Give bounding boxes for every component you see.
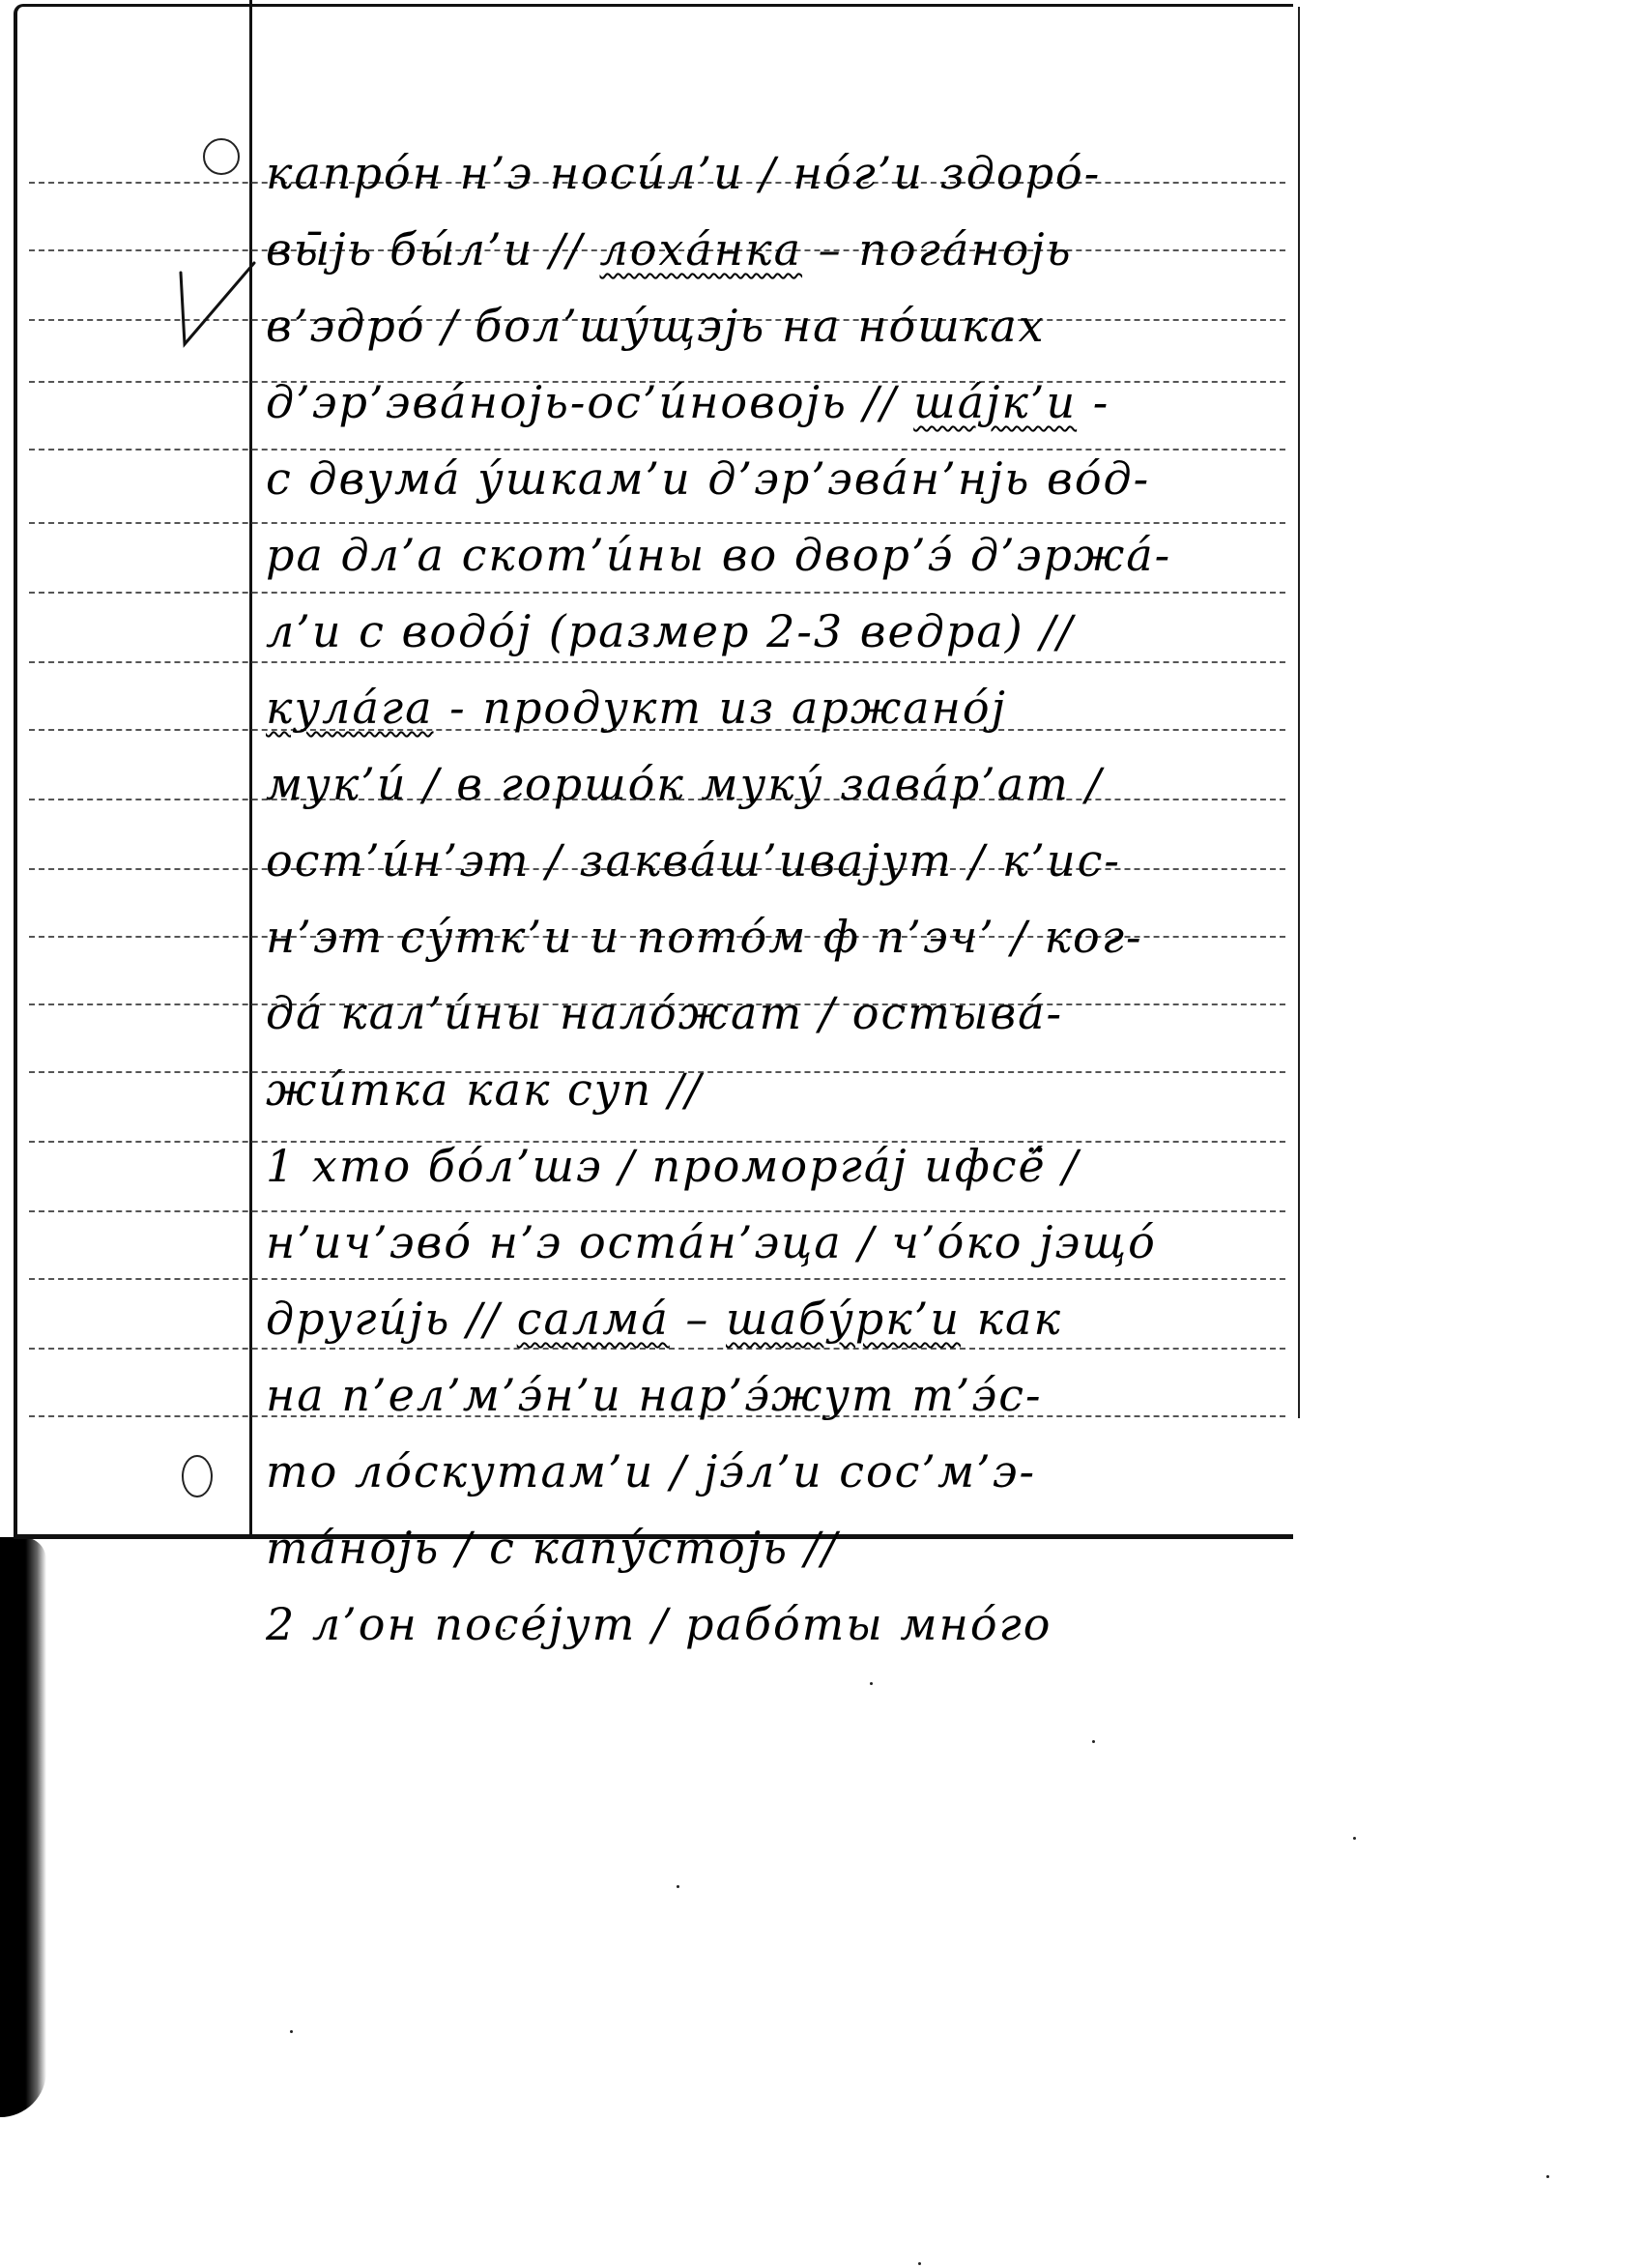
line-text: – пога́нојь [802, 223, 1073, 276]
margin-rule [249, 0, 252, 1537]
text-line-7: л’и с водо́ј (размер 2-3 ведра) // [266, 594, 1281, 670]
text-line-16: други́јь // салма́ – шабу́рк’и как [266, 1281, 1281, 1357]
text-line-12: да́ кал’и́ны нало́жат / остыва́- [266, 975, 1281, 1052]
line-text: 2 л’он посе́јут / рабо́ты мно́го [266, 1598, 1052, 1650]
text-line-6: ра дл’а скот’и́ны во двор’э́ д’эржа́- [266, 517, 1281, 594]
text-line-17: на п’ел’м’э́н’и нар’э́жут т’э́с- [266, 1357, 1281, 1434]
line-text: л’и с водо́ј (размер 2-3 ведра) // [266, 605, 1074, 657]
text-line-3: в’эдро́ / бол’шу́щэјь на но́шках [266, 288, 1281, 364]
line-text: ра дл’а скот’и́ны во двор’э́ д’эржа́- [266, 529, 1171, 581]
line-text: как [961, 1293, 1062, 1345]
line-text: жи́тка как суп // [266, 1063, 703, 1116]
line-text: - [1077, 376, 1110, 428]
checkmark-icon [179, 261, 256, 348]
line-text: н’ич’эво́ н’э оста́н’эца / ч’о́ко јэщо́ [266, 1216, 1157, 1268]
text-line-18: то ло́скутам’и / јэ́л’и сос’м’э- [266, 1434, 1281, 1510]
line-text: ост’и́н’эт / заква́ш’ивајут / к’ис- [266, 834, 1121, 887]
line-text: на п’ел’м’э́н’и нар’э́жут т’э́с- [266, 1369, 1043, 1421]
text-line-2: вы̄јь бы́л’и // лоха́нка – пога́нојь [266, 212, 1281, 288]
line-text: 1 хто бо́л’шэ / проморга́ј ифсё́ / [266, 1140, 1080, 1192]
line-text: н’эт су́тк’и и пото́м ф п’эч’ / ког- [266, 911, 1143, 963]
headword-lokhanka: лоха́нка [600, 223, 803, 276]
card-right-edge [1298, 7, 1300, 1418]
line-text: - продукт из аржано́ј [434, 682, 1007, 734]
line-text: други́јь // [266, 1293, 517, 1345]
scan-edge-shadow [0, 1537, 46, 2117]
text-line-1: капро́н н’э носи́л’и / но́г’и здоро́- [266, 135, 1281, 212]
text-line-20: 2 л’он посе́јут / рабо́ты мно́го [266, 1586, 1281, 1663]
line-text: та́нојь / с капу́стојь // [266, 1522, 839, 1574]
headword-shaburki: шабу́рк’и [726, 1293, 961, 1345]
line-text: вы̄јь бы́л’и // [266, 223, 600, 276]
text-line-13: жи́тка как суп // [266, 1052, 1281, 1128]
text-line-5: с двума́ у́шкам’и д’эр’эва́н’нјь во́д- [266, 441, 1281, 517]
text-line-4: д’эр’эва́нојь-ос’и́новојь // ша́јк’и - [266, 364, 1281, 441]
punch-hole-top [203, 138, 240, 175]
headword-salma: салма́ [517, 1293, 670, 1345]
text-line-8: кула́га - продукт из аржано́ј [266, 670, 1281, 746]
text-line-11: н’эт су́тк’и и пото́м ф п’эч’ / ког- [266, 899, 1281, 975]
line-text: мук’и́ / в горшо́к муку́ зава́р’ат / [266, 758, 1103, 810]
punch-hole-bottom [182, 1455, 213, 1497]
line-text: – [670, 1293, 726, 1345]
line-text: то ло́скутам’и / јэ́л’и сос’м’э- [266, 1445, 1036, 1497]
text-line-15: н’ич’эво́ н’э оста́н’эца / ч’о́ко јэщо́ [266, 1205, 1281, 1281]
line-text: с двума́ у́шкам’и д’эр’эва́н’нјь во́д- [266, 452, 1150, 505]
line-text: капро́н н’э носи́л’и / но́г’и здоро́- [266, 147, 1101, 199]
line-text: в’эдро́ / бол’шу́щэјь на но́шках [266, 300, 1046, 352]
text-line-19: та́нојь / с капу́стојь // [266, 1510, 1281, 1586]
text-line-10: ост’и́н’эт / заква́ш’ивајут / к’ис- [266, 823, 1281, 899]
line-text: да́ кал’и́ны нало́жат / остыва́- [266, 987, 1063, 1039]
headword-kulaga: кула́га [266, 682, 434, 734]
headword-shajki: ша́јк’и [913, 376, 1077, 428]
handwritten-text: капро́н н’э носи́л’и / но́г’и здоро́- вы… [266, 135, 1281, 1663]
text-line-9: мук’и́ / в горшо́к муку́ зава́р’ат / [266, 746, 1281, 823]
text-line-14: 1 хто бо́л’шэ / проморга́ј ифсё́ / [266, 1128, 1281, 1205]
line-text: д’эр’эва́нојь-ос’и́новојь // [266, 376, 913, 428]
